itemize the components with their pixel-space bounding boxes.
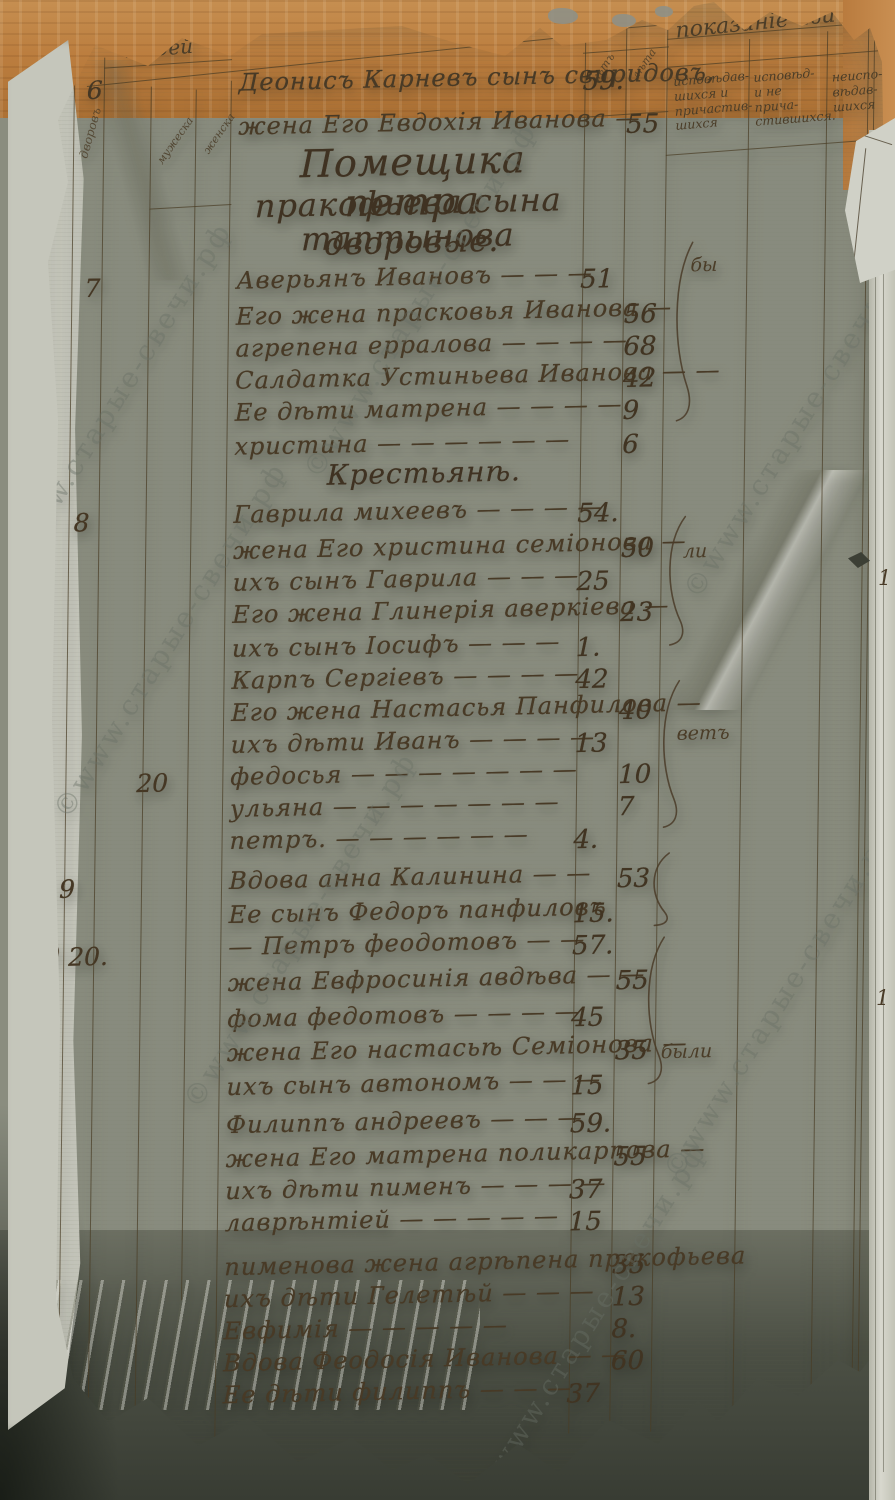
paper-debris: [655, 6, 673, 17]
person-entry: ихъ сынъ Іосифъ — — —: [232, 629, 561, 662]
group-annotation: были: [661, 1040, 713, 1063]
age-male: 4.: [573, 824, 617, 855]
section-heading-text: дворовые.: [247, 223, 577, 263]
age-female: 42: [623, 363, 667, 394]
paper-debris: [548, 8, 578, 24]
age-male: 59.: [570, 1108, 614, 1139]
age-male: 37: [569, 1174, 613, 1205]
book-fore-edge: [869, 130, 895, 1500]
age-male: 57.: [572, 930, 616, 961]
age-female: 9: [622, 395, 666, 426]
person-entry: лаврѣнтіей — — — — —: [225, 1204, 559, 1237]
household-number: 8: [73, 508, 89, 537]
person-entry: агрепена ерралова — — — —: [235, 328, 627, 362]
person-entry: пименова жена агрѣпена пракофьева: [224, 1243, 746, 1280]
person-entry: Карпъ Сергіевъ — — — —: [231, 661, 579, 694]
person-entry: ихъ дѣти Гелетѣй — — —: [224, 1279, 595, 1313]
age-male: 15: [569, 1206, 613, 1237]
tally-number: 20.: [68, 942, 108, 972]
person-entry: Евфимія — — — — —: [223, 1313, 508, 1345]
group-bracket: [640, 851, 681, 928]
person-entry: фома федотовъ — — — —: [227, 999, 580, 1032]
person-entry: Ее дѣти матрена — — — —: [235, 392, 623, 426]
person-entry: ихъ сынъ автономъ — — —: [226, 1067, 601, 1101]
household-number: 7: [84, 274, 100, 303]
age-male: 45: [571, 1002, 615, 1033]
age-male: 37: [566, 1378, 610, 1409]
person-entry: ихъ сынъ Гаврила — — —: [233, 563, 580, 596]
group-annotation: ветъ: [677, 722, 730, 745]
person-entry: Гаврила михеевъ — — — —: [233, 494, 602, 528]
page-edge-line: [883, 170, 884, 1472]
adjacent-page-rule: [853, 148, 867, 267]
group-bracket: [650, 678, 692, 829]
adjacent-page-digit: 1: [876, 986, 889, 1010]
age-female: 55: [613, 1141, 657, 1172]
scanned-register-page: людей дворовъ мужеска женска Лѣта лѣтъ л…: [0, 0, 895, 1500]
person-entry: ихъ дѣти пименъ — — — —: [225, 1171, 606, 1205]
age-male: 15: [570, 1070, 614, 1101]
age-male: 13: [574, 728, 618, 759]
age-male: 59.: [583, 66, 627, 97]
person-entry: ихъ дѣти Иванъ — — — —: [231, 725, 596, 758]
person-entry: жена Его Евдохія Иванова —: [238, 105, 640, 139]
paper-debris: [612, 14, 636, 27]
page-edge-line: [875, 130, 876, 1500]
adjacent-page-digit: 1: [878, 566, 891, 590]
age-male: 1.: [576, 632, 620, 663]
age-female: 56: [624, 299, 668, 330]
household-number: 9: [59, 875, 75, 904]
manuscript-paper: людей дворовъ мужеска женска Лѣта лѣтъ л…: [0, 0, 895, 1500]
age-female: 60: [611, 1345, 655, 1376]
household-number: 6: [87, 76, 103, 105]
group-annotation: бы: [690, 254, 717, 277]
person-entry: Вдова анна Калинина — —: [229, 861, 592, 894]
table-rule-horizontal: [104, 59, 232, 69]
age-male: 51: [580, 264, 624, 295]
age-male: 54.: [577, 498, 621, 529]
person-entry: Деонисъ Карневъ сынъ свиридовъ,: [239, 60, 716, 96]
person-entry: Филиппъ андреевъ — — —: [226, 1105, 583, 1138]
tally-number: 20: [136, 768, 168, 798]
